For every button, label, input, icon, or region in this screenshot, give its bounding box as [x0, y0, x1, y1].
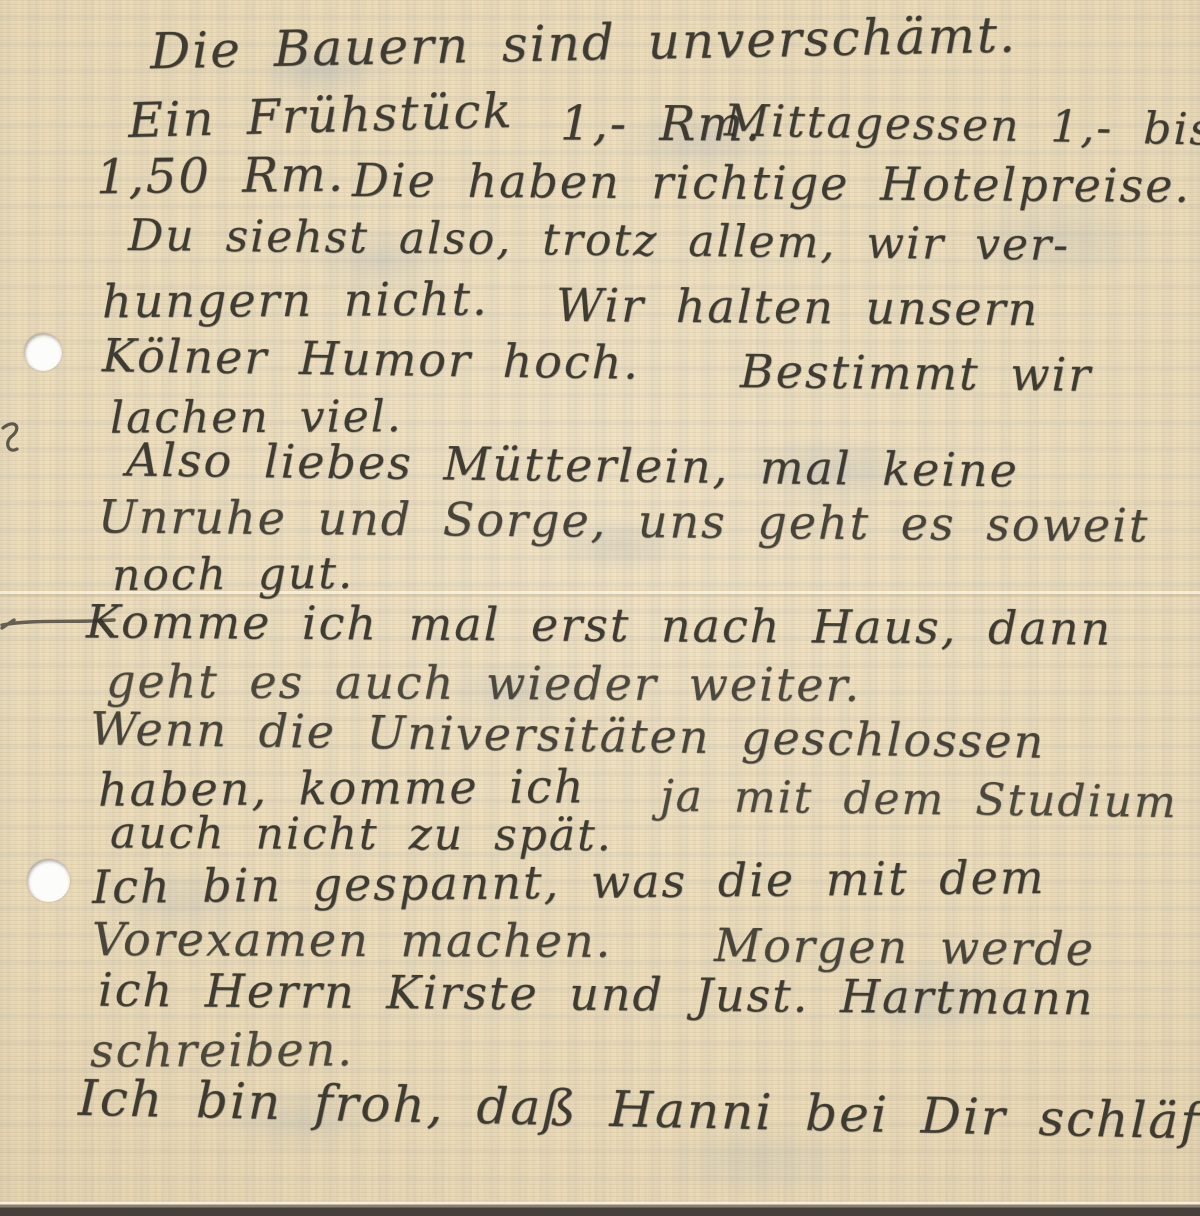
handwritten-line: schreiben.	[90, 1026, 354, 1073]
hole-punch-bottom	[27, 859, 70, 902]
handwritten-line: Wenn die Universitäten geschlossen	[90, 705, 1046, 764]
handwritten-line: Mittagessen 1,- bis	[724, 99, 1200, 152]
handwritten-line: auch nicht zu spät.	[110, 812, 613, 859]
handwritten-line: noch gut.	[112, 552, 354, 598]
handwritten-line: Die haben richtige Hotelpreise.	[352, 157, 1191, 209]
handwritten-line: Komme ich mal erst nach Haus, dann	[86, 598, 1112, 651]
handwritten-line: ja mit dem Studium	[660, 775, 1178, 825]
handwritten-line: Morgen werde	[714, 922, 1095, 972]
handwritten-line: Die Bauern sind unverschämt.	[150, 10, 1018, 77]
handwritten-line: Du siehst also, trotz allem, wir ver-	[128, 214, 1070, 268]
handwritten-line: Wir halten unsern	[556, 282, 1040, 332]
handwritten-line: Unruhe und Sorge, uns geht es soweit	[98, 493, 1150, 548]
handwritten-line: Kölner Humor hoch.	[102, 332, 641, 386]
scan-bottom-edge	[0, 1202, 1200, 1216]
handwritten-line: Vorexamen machen.	[92, 916, 612, 964]
handwritten-line: hungern nicht.	[102, 276, 489, 325]
handwritten-line: Ein Frühstück	[127, 87, 514, 145]
handwritten-line: ich Herrn Kirste und Just. Hartmann	[98, 967, 1095, 1022]
handwritten-line: haben, komme ich	[98, 763, 586, 812]
handwritten-line: Also liebes Mütterlein, mal keine	[126, 437, 1019, 494]
handwritten-line: 1,50 Rm.	[96, 151, 346, 202]
handwritten-line: geht es auch wieder weiter.	[106, 658, 861, 708]
margin-pen-squiggle	[0, 416, 30, 470]
hole-punch-top	[24, 333, 62, 371]
letter-scan: Die Bauern sind unverschämt. Ein Frühstü…	[0, 0, 1200, 1216]
handwritten-line: Bestimmt wir	[740, 348, 1093, 398]
handwritten-line: Ich bin gespannt, was die mit dem	[92, 854, 1046, 910]
handwritten-line: Ich bin froh, daß Hanni bei Dir schläft,	[78, 1073, 1200, 1147]
